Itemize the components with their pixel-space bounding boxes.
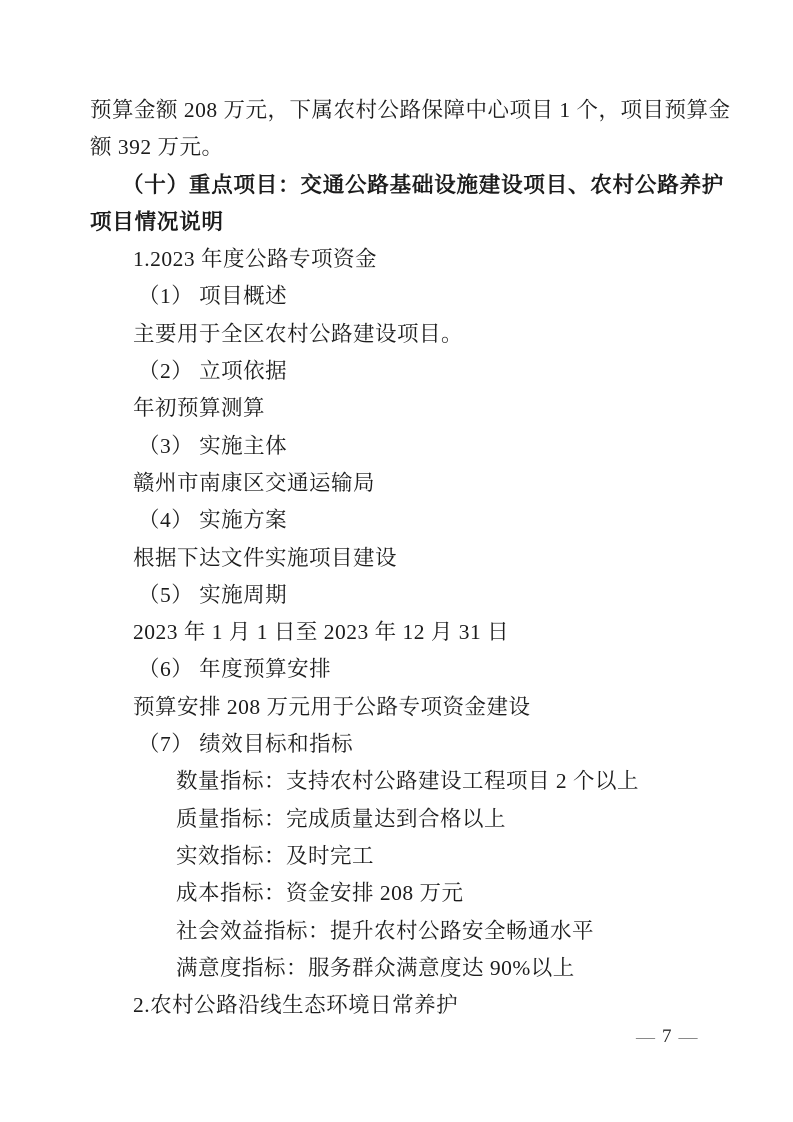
document-body: 预算金额 208 万元，下属农村公路保障中心项目 1 个，项目预算金额 392 … [90,92,708,1024]
text-line: （5） 实施周期 [90,577,708,614]
text-line: （4） 实施方案 [90,502,708,539]
text-line: 满意度指标：服务群众满意度达 90%以上 [90,950,708,987]
text-line: （2） 立项依据 [90,353,708,390]
heading-line: （十）重点项目：交通公路基础设施建设项目、农村公路养护 [90,167,708,204]
text-line: 预算安排 208 万元用于公路专项资金建设 [90,689,708,726]
text-line: 赣州市南康区交通运输局 [90,465,708,502]
heading-line: 项目情况说明 [90,204,708,241]
text-line: （6） 年度预算安排 [90,651,708,688]
text-line: 1.2023 年度公路专项资金 [90,241,708,278]
text-line: 主要用于全区农村公路建设项目。 [90,316,708,353]
footer-dash-left: — [636,1028,655,1047]
text-line: 实效指标：及时完工 [90,838,708,875]
text-line: （3） 实施主体 [90,428,708,465]
page-footer: — 7 — [636,1026,698,1048]
text-line: 根据下达文件实施项目建设 [90,540,708,577]
text-line: 2.农村公路沿线生态环境日常养护 [90,987,708,1024]
document-page: 预算金额 208 万元，下属农村公路保障中心项目 1 个，项目预算金额 392 … [0,0,793,1122]
text-line: 预算金额 208 万元，下属农村公路保障中心项目 1 个，项目预算金 [90,92,708,129]
text-line: 质量指标：完成质量达到合格以上 [90,801,708,838]
text-line: 额 392 万元。 [90,129,708,166]
text-line: 2023 年 1 月 1 日至 2023 年 12 月 31 日 [90,614,708,651]
page-number: 7 [662,1026,672,1048]
text-line: 成本指标：资金安排 208 万元 [90,875,708,912]
text-line: （1） 项目概述 [90,278,708,315]
footer-dash-right: — [679,1028,698,1047]
text-line: 数量指标：支持农村公路建设工程项目 2 个以上 [90,763,708,800]
text-line: 年初预算测算 [90,390,708,427]
text-line: 社会效益指标：提升农村公路安全畅通水平 [90,913,708,950]
text-line: （7） 绩效目标和指标 [90,726,708,763]
